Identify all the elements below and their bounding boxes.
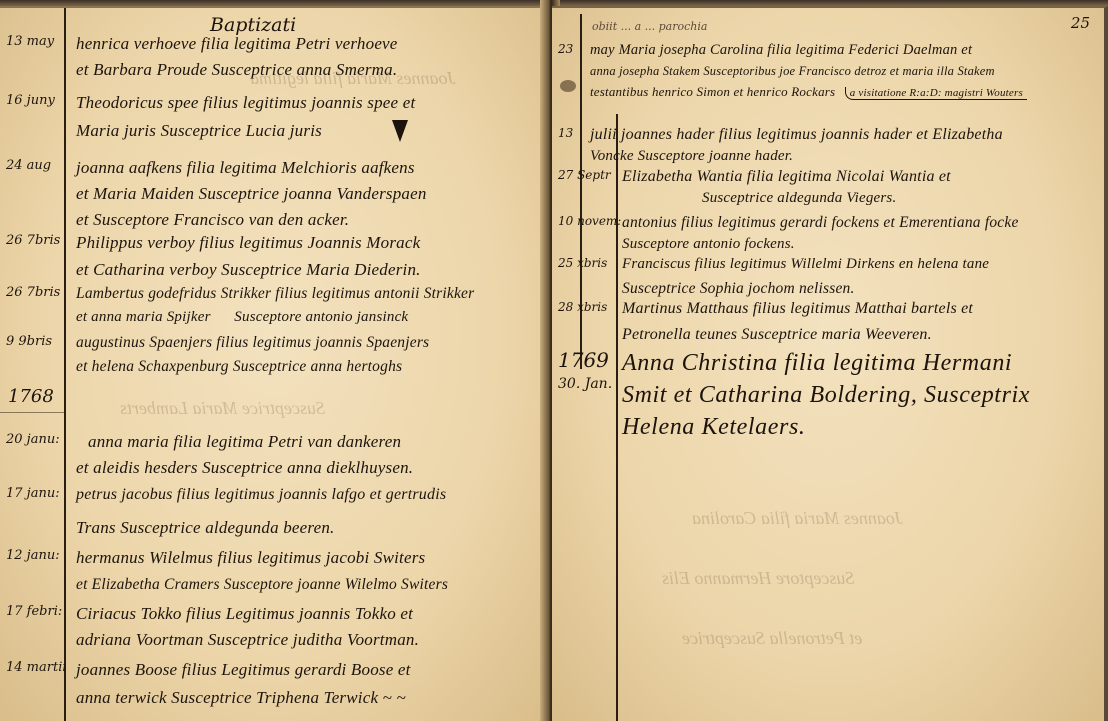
entry-line: et aleidis hesders Susceptrice anna diek… xyxy=(76,458,540,478)
entry-row: 24 aug joanna aafkens filia legitima Mel… xyxy=(0,158,548,182)
entry-date: 20 janu: xyxy=(6,432,64,447)
entry-line: anna josepha Stakem Susceptoribus joe Fr… xyxy=(590,64,1096,79)
year-divider xyxy=(0,412,64,413)
entry-date: 25 xbris xyxy=(558,256,614,270)
entry-line: et anna maria Spijker Susceptore antonio… xyxy=(76,309,540,326)
bleed-through-text: Susceptrice Maria Lamberts xyxy=(120,398,325,419)
bleed-through-text: Susceptore Hermanno Elis xyxy=(662,568,854,589)
entry-line: Smit et Catharina Boldering, Susceptrix xyxy=(622,382,1096,409)
entry-date: 14 martii xyxy=(6,660,64,675)
page-heading: Baptizati xyxy=(210,14,296,36)
entry-row: 17 febri: Ciriacus Tokko filius Legitimu… xyxy=(0,604,548,628)
entry-row: 26 7bris Lambertus godefridus Strikker f… xyxy=(0,285,548,309)
entry-row: 1769 30. Jan. Anna Christina filia legit… xyxy=(552,348,1104,372)
entry-line: henrica verhoeve filia legitima Petri ve… xyxy=(76,34,540,54)
entry-date: 28 xbris xyxy=(558,300,614,314)
entry-line: et Catharina verboy Susceptrice Maria Di… xyxy=(76,260,540,280)
entry-row: 28 xbris Martinus Matthaus filius legiti… xyxy=(552,300,1104,324)
entry-row: 10 novem: antonius filius legitimus gera… xyxy=(552,214,1104,238)
entry-line: petrus jacobus filius legitimus joannis … xyxy=(76,486,540,504)
entry-date: 16 juny xyxy=(6,93,64,108)
entry-row: 26 7bris Philippus verboy filius legitim… xyxy=(0,233,548,257)
entry-line: augustinus Spaenjers filius legitimus jo… xyxy=(76,334,540,352)
entry-date: 13 xyxy=(558,126,582,140)
entry-line: joanna aafkens filia legitima Melchioris… xyxy=(76,158,540,178)
entry-row: 16 juny Theodoricus spee filius legitimu… xyxy=(0,93,548,117)
entry-line: Voncke Susceptore joanne hader. xyxy=(590,148,1096,165)
right-margin-rule xyxy=(616,114,618,721)
bleed-through-text: et Petronella Susceptrice xyxy=(682,628,862,649)
page-number: 25 xyxy=(1071,14,1090,32)
entry-date: 9 9bris xyxy=(6,334,64,349)
entry-date: 23 xyxy=(558,42,582,56)
entry-date: 12 janu: xyxy=(6,548,64,563)
entry-line-text: testantibus henrico Simon et henrico Roc… xyxy=(590,84,835,99)
entry-line: anna maria filia legitima Petri van dank… xyxy=(88,432,540,452)
entry-line: hermanus Wilelmus filius legitimus jacob… xyxy=(76,548,540,568)
entry-date: 17 janu: xyxy=(6,486,64,501)
entry-line: Theodoricus spee filius legitimus joanni… xyxy=(76,93,540,113)
entry-line: et helena Schaxpenburg Susceptrice anna … xyxy=(76,358,540,376)
entry-line: Maria juris Susceptrice Lucia juris xyxy=(76,121,540,141)
entry-date: 10 novem: xyxy=(558,214,614,228)
entry-row: 12 janu: hermanus Wilelmus filius legiti… xyxy=(0,548,548,572)
entry-row: 23 may Maria josepha Carolina filia legi… xyxy=(552,42,1104,66)
entry-line: et Elizabetha Cramers Susceptore joanne … xyxy=(76,576,540,594)
year-marker: 1768 xyxy=(8,386,54,407)
bleed-through-text: Joannes Maria filia Carolina xyxy=(692,508,903,529)
entry-line: julii joannes hader filius legitimus joa… xyxy=(590,126,1096,144)
entry-line: Susceptore antonio fockens. xyxy=(622,236,1096,253)
ink-stain xyxy=(560,80,576,92)
right-page: Joannes Maria filia Carolina Susceptore … xyxy=(552,6,1108,721)
entry-year: 1769 xyxy=(558,348,614,372)
entry-date: 30. Jan. xyxy=(558,376,614,392)
entry-line: Petronella teunes Susceptrice maria Weev… xyxy=(622,326,1096,344)
entry-line: Elizabetha Wantia filia legitima Nicolai… xyxy=(622,168,1096,186)
entry-line: Philippus verboy filius legitimus Joanni… xyxy=(76,233,540,253)
entry-row: 9 9bris augustinus Spaenjers filius legi… xyxy=(0,334,548,358)
left-page: Joannes Maria filia legitima Susceptrice… xyxy=(0,6,548,721)
entry-row: 13 julii joannes hader filius legitimus … xyxy=(552,126,1104,150)
entry-date: 17 febri: xyxy=(6,604,64,619)
entry-line: Anna Christina filia legitima Hermani xyxy=(622,350,1096,377)
entry-row: 13 may henrica verhoeve filia legitima P… xyxy=(0,34,548,58)
entry-row: 17 janu: petrus jacobus filius legitimus… xyxy=(0,486,548,510)
entry-line: may Maria josepha Carolina filia legitim… xyxy=(590,42,1096,59)
entry-date: 13 may xyxy=(6,34,64,49)
entry-line: adriana Voortman Susceptrice juditha Voo… xyxy=(76,630,540,650)
open-register-book: Joannes Maria filia legitima Susceptrice… xyxy=(0,0,1108,721)
entry-line: Susceptrice Sophia jochom nelissen. xyxy=(622,280,1096,298)
entry-row: 14 martii joannes Boose filius Legitimus… xyxy=(0,660,548,684)
entry-line: Susceptrice aldegunda Viegers. xyxy=(702,190,1096,207)
entry-date: 24 aug xyxy=(6,158,64,173)
entry-line: antonius filius legitimus gerardi focken… xyxy=(622,214,1096,232)
entry-date: 27 Septr xyxy=(558,168,614,182)
entry-line: Trans Susceptrice aldegunda beeren. xyxy=(76,518,540,538)
entry-line: Martinus Matthaus filius legitimus Matth… xyxy=(622,300,1096,318)
entry-row: 27 Septr Elizabetha Wantia filia legitim… xyxy=(552,168,1104,192)
entry-line: Franciscus filius legitimus Willelmi Dir… xyxy=(622,256,1096,273)
entry-line: Ciriacus Tokko filius Legitimus joannis … xyxy=(76,604,540,624)
entry-row: 25 xbris Franciscus filius legitimus Wil… xyxy=(552,256,1104,280)
entry-row: 20 janu: anna maria filia legitima Petri… xyxy=(0,432,548,456)
entry-line: anna terwick Susceptrice Triphena Terwic… xyxy=(76,688,540,708)
entry-line: Helena Ketelaers. xyxy=(622,414,1096,441)
entry-line: et Susceptore Francisco van den acker. xyxy=(76,210,540,230)
entry-line: et Maria Maiden Susceptrice joanna Vande… xyxy=(76,184,540,204)
visitation-note: a visitatione R:a:D: magistri Wouters xyxy=(845,87,1027,100)
entry-date: 26 7bris xyxy=(6,285,64,300)
entry-line: et Barbara Proude Susceptrice anna Smerm… xyxy=(76,60,540,80)
entry-line: Lambertus godefridus Strikker filius leg… xyxy=(76,285,540,303)
entry-date: 26 7bris xyxy=(6,233,64,248)
entry-line: joannes Boose filius Legitimus gerardi B… xyxy=(76,660,540,680)
entry-line: testantibus henrico Simon et henrico Roc… xyxy=(590,84,1096,100)
top-marginal-note: obiit ... a ... parochia xyxy=(592,20,707,33)
